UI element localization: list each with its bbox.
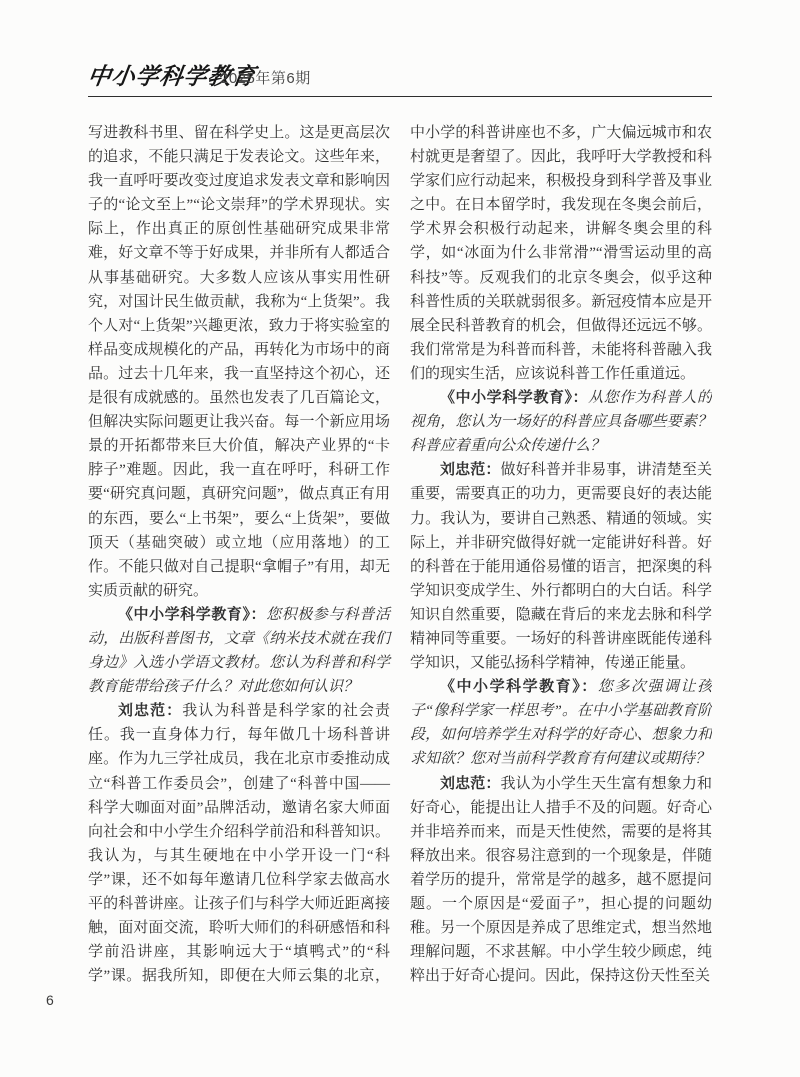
interviewer-label: 《中小学科学教育》： bbox=[440, 389, 588, 406]
header-divider bbox=[88, 96, 712, 97]
question-paragraph: 《中小学科学教育》：您积极参与科普活动，出版科普图书，文章《纳米技术就在我们身边… bbox=[88, 603, 390, 699]
interviewee-label: 刘忠范： bbox=[118, 702, 182, 719]
answer-paragraph: 刘忠范：做好科普并非易事，讲清楚至关重要，需要真正的功力，更需要良好的表达能力。… bbox=[410, 458, 712, 675]
answer-continuation-paragraph: 写进教科书里、留在科学史上。这是更高层次的追求，不能只满足于发表论文。这些年来，… bbox=[88, 121, 390, 603]
interviewer-label: 《中小学科学教育》： bbox=[440, 678, 598, 695]
answer-text: 我认为小学生天生富有想象力和好奇心，能提出让人措手不及的问题。好奇心并非培养而来… bbox=[410, 776, 712, 985]
article-body: 写进教科书里、留在科学史上。这是更高层次的追求，不能只满足于发表论文。这些年来，… bbox=[88, 121, 712, 991]
interviewer-label: 《中小学科学教育》： bbox=[118, 606, 266, 623]
interviewee-label: 刘忠范： bbox=[440, 461, 500, 478]
question-paragraph: 《中小学科学教育》：从您作为科普人的视角，您认为一场好的科普应具备哪些要素？科普… bbox=[410, 386, 712, 458]
answer-text: 写进教科书里、留在科学史上。这是更高层次的追求，不能只满足于发表论文。这些年来，… bbox=[88, 125, 390, 599]
page-number: 6 bbox=[46, 992, 54, 1008]
journal-page: 中小学科学教育 2025年第6期 写进教科书里、留在科学史上。这是更高层次的追求… bbox=[0, 0, 800, 1077]
answer-paragraph: 刘忠范：我认为小学生天生富有想象力和好奇心，能提出让人措手不及的问题。好奇心并非… bbox=[410, 772, 712, 989]
issue-label: 2025年第6期 bbox=[220, 67, 311, 88]
question-paragraph: 《中小学科学教育》：您多次强调让孩子“像科学家一样思考”。在中小学基础教育阶段，… bbox=[410, 675, 712, 771]
answer-text: 做好科普并非易事，讲清楚至关重要，需要真正的功力，更需要良好的表达能力。我认为，… bbox=[410, 462, 712, 671]
interviewee-label: 刘忠范： bbox=[440, 775, 500, 792]
